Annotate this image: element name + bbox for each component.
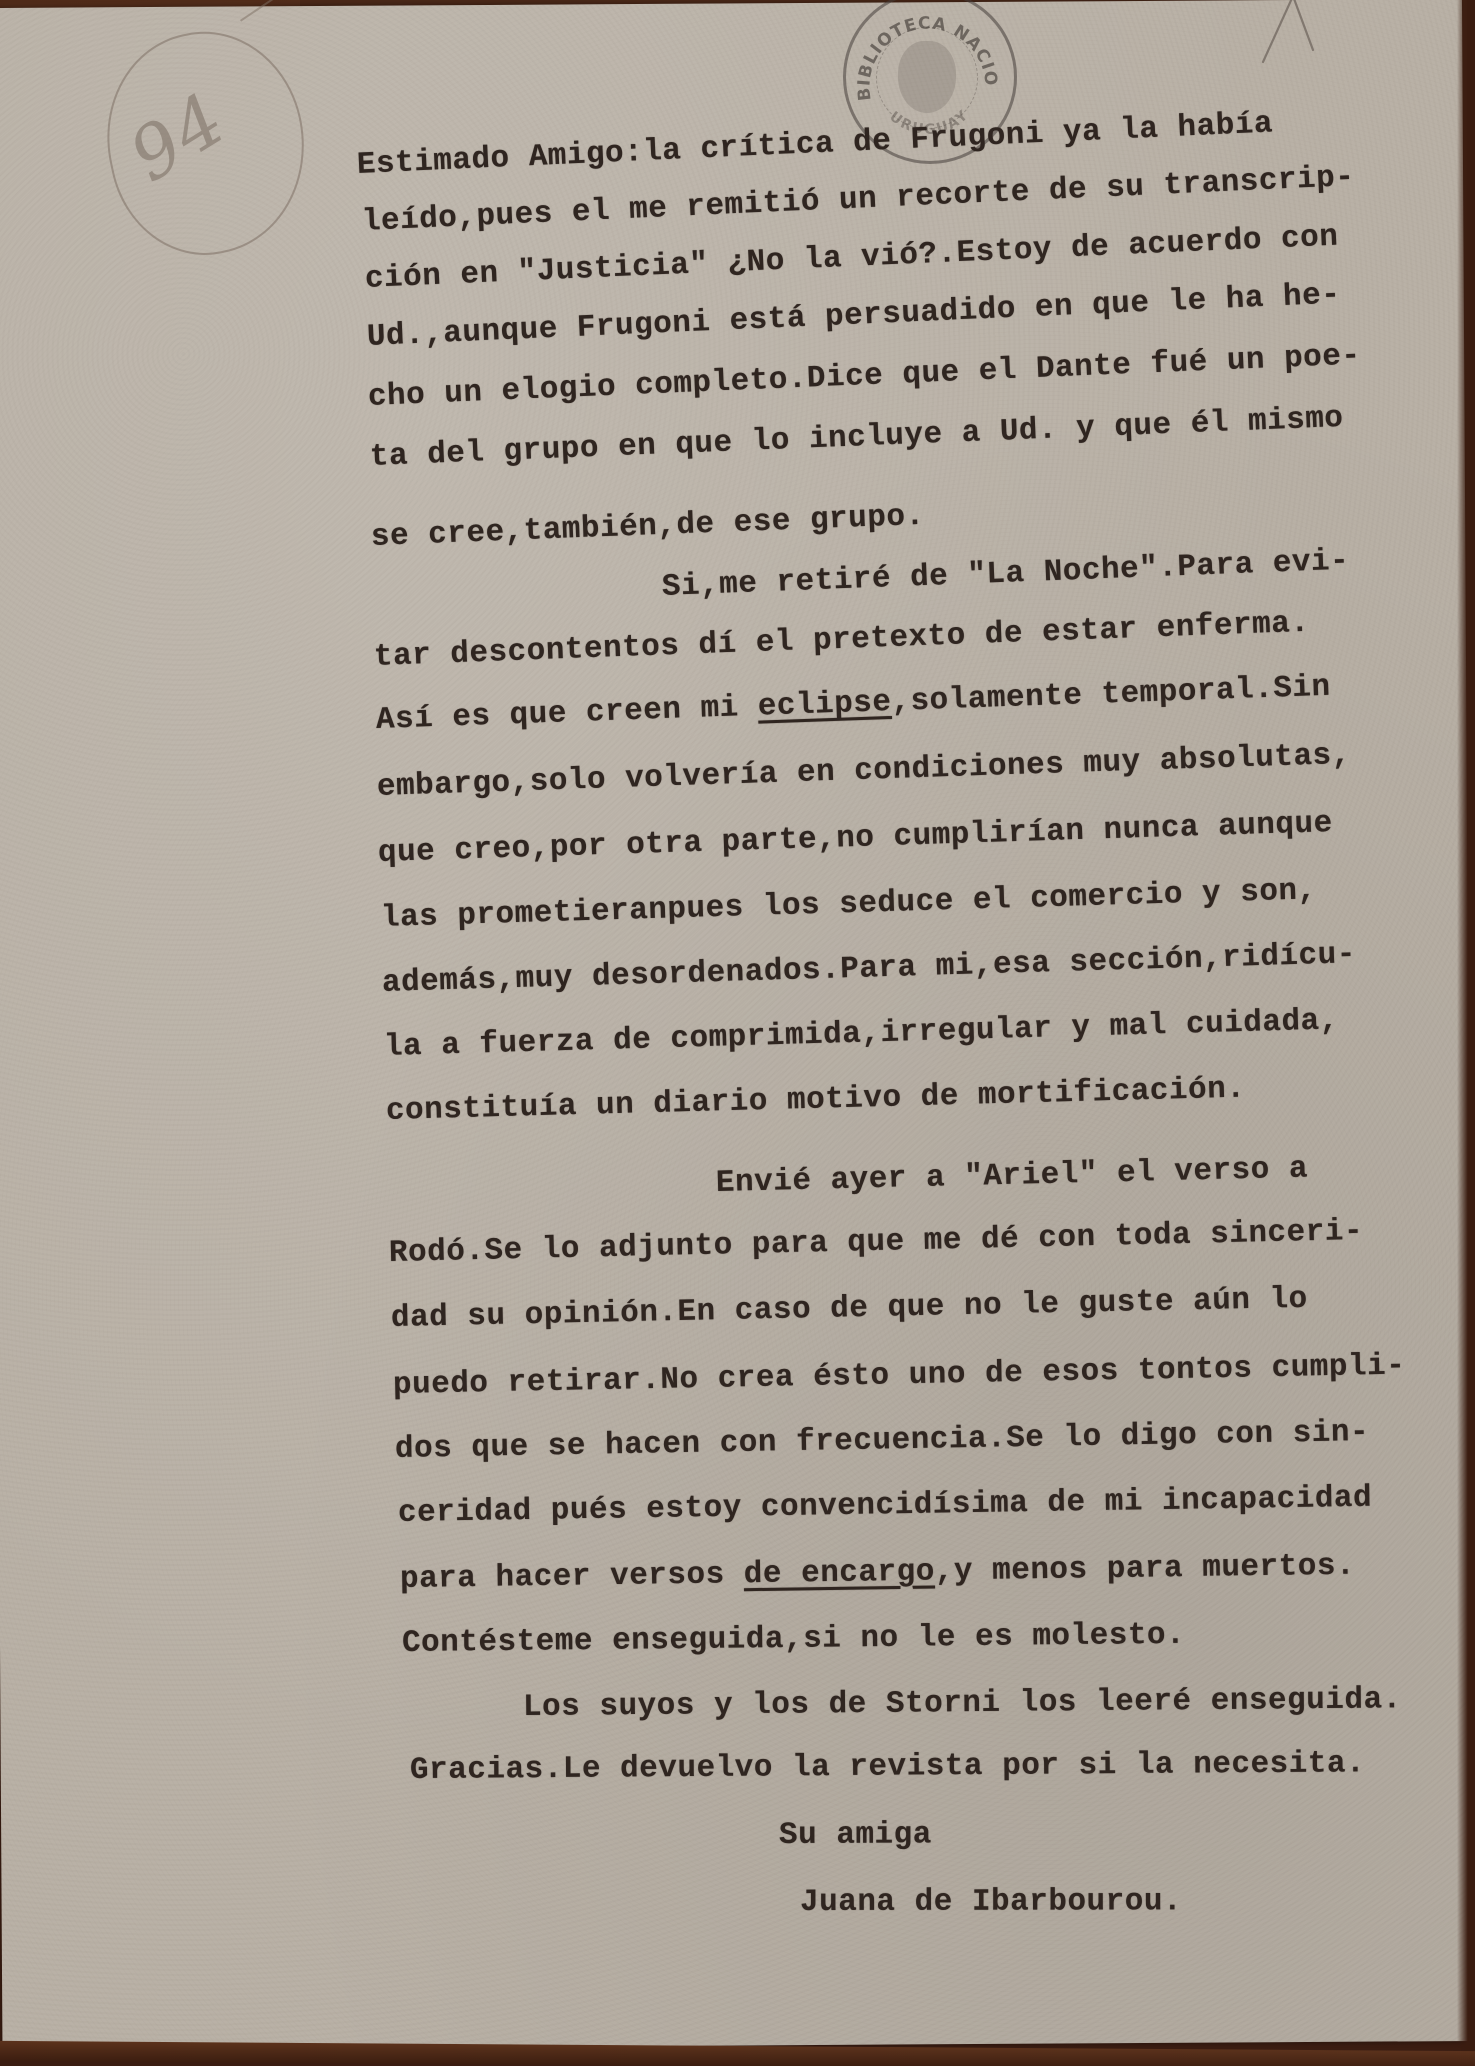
letter-line: Contésteme enseguida,si no le es molesto…	[402, 1618, 1186, 1661]
letter-line: además,muy desordenados.Para mi,esa secc…	[381, 937, 1356, 1001]
underlined-phrase: de encargo	[744, 1555, 936, 1593]
letter-closing: Su amiga	[779, 1817, 932, 1853]
line-text: para hacer versos	[400, 1557, 744, 1597]
letter-line: ceridad pués estoy convencidísima de mi …	[398, 1481, 1373, 1531]
letter-line: dos que se hacen con frecuencia.Se lo di…	[395, 1415, 1370, 1467]
letter-line: las prometieranpues los seduce el comerc…	[380, 873, 1317, 936]
letter-line: dad su opinión.En caso de que no le gust…	[391, 1282, 1308, 1336]
underlined-word: eclipse	[757, 685, 892, 725]
letter-line: ta del grupo en que lo incluye a Ud. y q…	[369, 401, 1344, 475]
line-text: ,solamente temporal.Sin	[891, 670, 1331, 720]
letter-line: la a fuerza de comprimida,irregular y ma…	[384, 1003, 1340, 1065]
line-text: Así es que creen mi	[375, 690, 758, 738]
letter-line: puedo retirar.No crea ésto uno de esos t…	[393, 1349, 1406, 1403]
letter-line: Gracias.Le devuelvo la revista por si la…	[410, 1746, 1365, 1788]
letter-line: Rodó.Se lo adjunto para que me dé con to…	[389, 1214, 1364, 1271]
letter-signature: Juana de Ibarbourou.	[800, 1884, 1182, 1920]
letter-line-indented: Envié ayer a "Ariel" el verso a	[716, 1152, 1309, 1201]
letter-line: que creo,por otra parte,no cumplirían nu…	[377, 806, 1333, 871]
letter-line: embargo,solo volvería en condiciones muy…	[376, 738, 1351, 805]
letter-line: Así es que creen mi eclipse,solamente te…	[375, 670, 1331, 738]
letter-line-indented: Si,me retiré de "La Noche".Para evi-	[661, 544, 1350, 605]
letter-body: Estimado Amigo:la crítica de Frugoni ya …	[0, 0, 1475, 2066]
letter-line-indented: Los suyos y los de Storni los leeré ense…	[523, 1682, 1402, 1725]
photo-scene: 94 BIBLIOTECA NACIONAL URUGUAY Estimado …	[0, 0, 1475, 2066]
letter-line: constituía un diario motivo de mortifica…	[386, 1072, 1246, 1129]
letter-line: tar descontentos dí el pretexto de estar…	[373, 606, 1310, 675]
letter-line: se cree,también,de ese grupo.	[370, 499, 925, 555]
letter-line: cho un elogio completo.Dice que el Dante…	[367, 338, 1361, 415]
letter-line: para hacer versos de encargo,y menos par…	[400, 1549, 1356, 1597]
line-text: ,y menos para muertos.	[935, 1549, 1356, 1590]
